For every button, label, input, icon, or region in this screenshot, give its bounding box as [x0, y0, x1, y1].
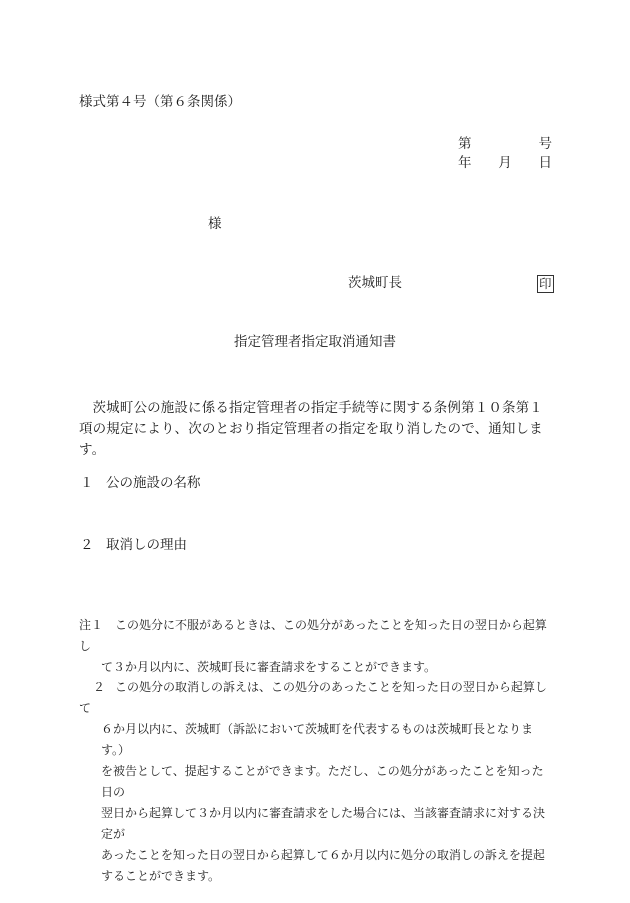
- document-title: 指定管理者指定取消通知書: [234, 336, 396, 350]
- note-continuation: 翌日から起算して３か月以内に審査請求をした場合には、当該審査請求に対する決定が: [79, 803, 553, 845]
- item-cancellation-reason: ２取消しの理由: [80, 539, 187, 553]
- item-number: ２: [80, 539, 106, 553]
- reference-go: 号: [539, 138, 553, 152]
- note-continuation: ６か月以内に、茨城町（訴訟において茨城町を代表するものは茨城町長となります。）: [79, 719, 553, 761]
- issue-date: 年 月 日: [458, 157, 552, 171]
- item-label: 公の施設の名称: [106, 475, 201, 491]
- note-first-line: 注１この処分に不服があるときは、この処分があったことを知った日の翌日から起算し: [79, 615, 553, 657]
- addressee: 様: [208, 218, 222, 232]
- date-month: 月: [498, 157, 512, 171]
- note-2: ２この処分の取消しの訴えは、この処分のあったことを知った日の翌日から起算して ６…: [79, 677, 553, 887]
- seal-stamp-icon: 印: [537, 275, 554, 293]
- note-marker: 注１: [79, 615, 115, 636]
- item-label: 取消しの理由: [106, 537, 187, 553]
- body-paragraph: 茨城町公の施設に係る指定管理者の指定手続等に関する条例第１０条第１項の規定により…: [79, 398, 553, 461]
- note-continuation: することができます。: [79, 866, 553, 887]
- note-marker: ２: [79, 677, 115, 698]
- note-continuation: を被告として、提起することができます。ただし、この処分があったことを知った日の: [79, 761, 553, 803]
- reference-dai: 第: [458, 138, 472, 152]
- note-first-line: ２この処分の取消しの訴えは、この処分のあったことを知った日の翌日から起算して: [79, 677, 553, 719]
- date-year: 年: [458, 157, 472, 171]
- sender-name: 茨城町長: [348, 277, 402, 291]
- item-number: １: [80, 477, 106, 491]
- reference-number: 第 号: [458, 138, 552, 152]
- note-continuation: あったことを知った日の翌日から起算して６か月以内に処分の取消しの訴えを提起: [79, 845, 553, 866]
- note-text: この処分に不服があるときは、この処分があったことを知った日の翌日から起算し: [79, 618, 547, 653]
- note-text: この処分の取消しの訴えは、この処分のあったことを知った日の翌日から起算して: [79, 680, 547, 715]
- form-number: 様式第４号（第６条関係）: [79, 96, 241, 110]
- note-1: 注１この処分に不服があるときは、この処分があったことを知った日の翌日から起算し …: [79, 615, 553, 678]
- item-facility-name: １公の施設の名称: [80, 477, 201, 491]
- note-continuation: て３か月以内に、茨城町長に審査請求をすることができます。: [79, 657, 553, 678]
- date-day: 日: [539, 157, 553, 171]
